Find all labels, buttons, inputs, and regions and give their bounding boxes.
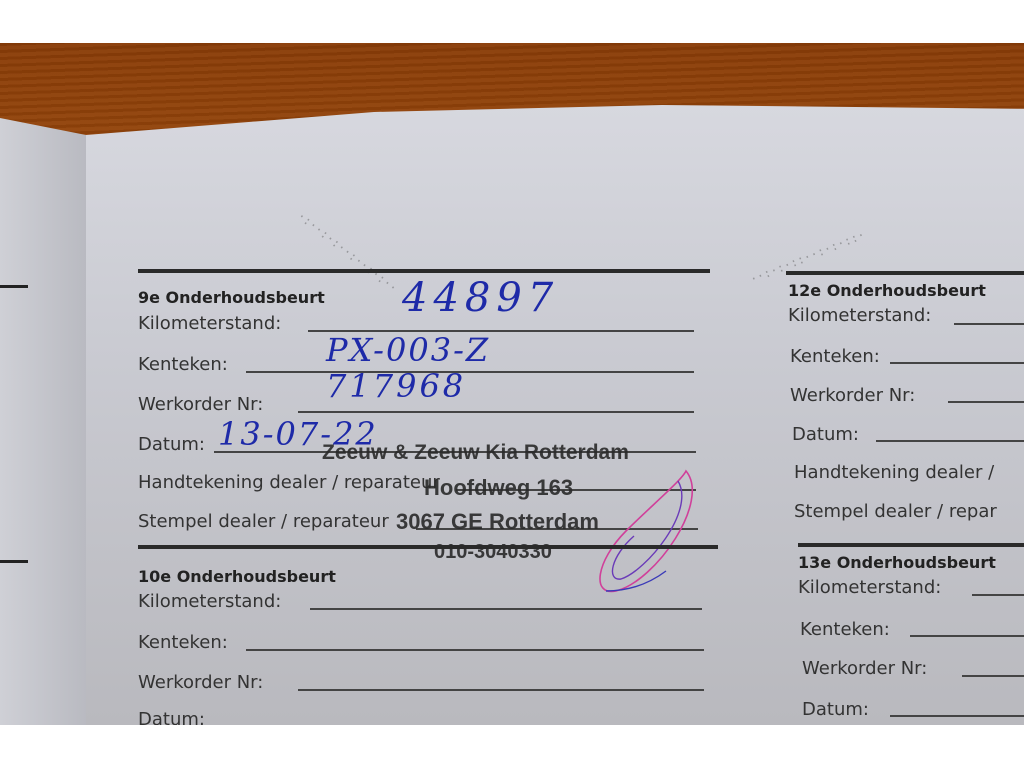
datum-label: Datum:	[802, 699, 869, 720]
kenteken-label: Kenteken:	[138, 632, 228, 653]
km-line	[954, 323, 1024, 325]
section-rule	[138, 269, 710, 273]
stamp-street: Hoofdweg 163	[424, 475, 573, 501]
kenteken-line	[910, 635, 1024, 637]
kenteken-label: Kenteken:	[790, 346, 880, 367]
stamp-smudge: ··:·:·::··:·:·::·	[748, 228, 867, 287]
section-title: 12e Onderhoudsbeurt	[788, 281, 986, 300]
werkorder-label: Werkorder Nr:	[802, 658, 927, 679]
handwritten-werkorder: 717968	[326, 367, 466, 405]
km-label: Kilometerstand:	[798, 577, 941, 598]
werkorder-line	[962, 675, 1024, 677]
km-line	[310, 608, 702, 610]
left-page	[0, 118, 86, 725]
section-rule	[798, 543, 1024, 547]
left-page-rule	[0, 560, 28, 563]
kenteken-label: Kenteken:	[800, 619, 890, 640]
handtekening-label: Handtekening dealer /	[794, 462, 994, 483]
right-page: ·:··:·:··:··:·:·· ··:·:·::··:·:·::· 9e O…	[86, 105, 1024, 725]
stamp-dealer-name: Zeeuw & Zeeuw Kia Rotterdam	[322, 441, 629, 465]
kenteken-label: Kenteken:	[138, 354, 228, 375]
werkorder-label: Werkorder Nr:	[138, 672, 263, 693]
kenteken-line	[890, 362, 1024, 364]
stempel-label: Stempel dealer / repar	[794, 501, 997, 522]
werkorder-line	[298, 411, 694, 413]
werkorder-label: Werkorder Nr:	[138, 394, 263, 415]
dealer-signature	[586, 461, 706, 601]
handwritten-kenteken: PX-003-Z	[326, 331, 490, 369]
datum-line	[876, 440, 1024, 442]
km-line	[972, 594, 1024, 596]
handtekening-label: Handtekening dealer / reparateur	[138, 472, 440, 493]
kenteken-line	[246, 371, 694, 373]
werkorder-label: Werkorder Nr:	[790, 385, 915, 406]
datum-line	[890, 715, 1024, 717]
section-rule	[138, 545, 718, 549]
km-label: Kilometerstand:	[138, 591, 281, 612]
section-rule	[786, 271, 1024, 275]
km-label: Kilometerstand:	[138, 313, 281, 334]
datum-label: Datum:	[138, 709, 205, 725]
datum-label: Datum:	[138, 434, 205, 455]
stamp-city: 3067 GE Rotterdam	[396, 509, 599, 535]
photo: ·:··:·:··:··:·:·· ··:·:·::··:·:·::· 9e O…	[0, 43, 1024, 725]
kenteken-line	[246, 649, 704, 651]
left-page-rule	[0, 285, 28, 288]
stamp-smudge: ·:··:·:··:··:·:··	[295, 209, 400, 296]
section-title: 10e Onderhoudsbeurt	[138, 567, 336, 586]
werkorder-line	[298, 689, 704, 691]
datum-label: Datum:	[792, 424, 859, 445]
km-label: Kilometerstand:	[788, 305, 931, 326]
werkorder-line	[948, 401, 1024, 403]
section-title: 9e Onderhoudsbeurt	[138, 288, 325, 307]
handwritten-km: 44897	[402, 275, 559, 321]
section-title: 13e Onderhoudsbeurt	[798, 553, 996, 572]
stempel-label: Stempel dealer / reparateur	[138, 511, 389, 532]
